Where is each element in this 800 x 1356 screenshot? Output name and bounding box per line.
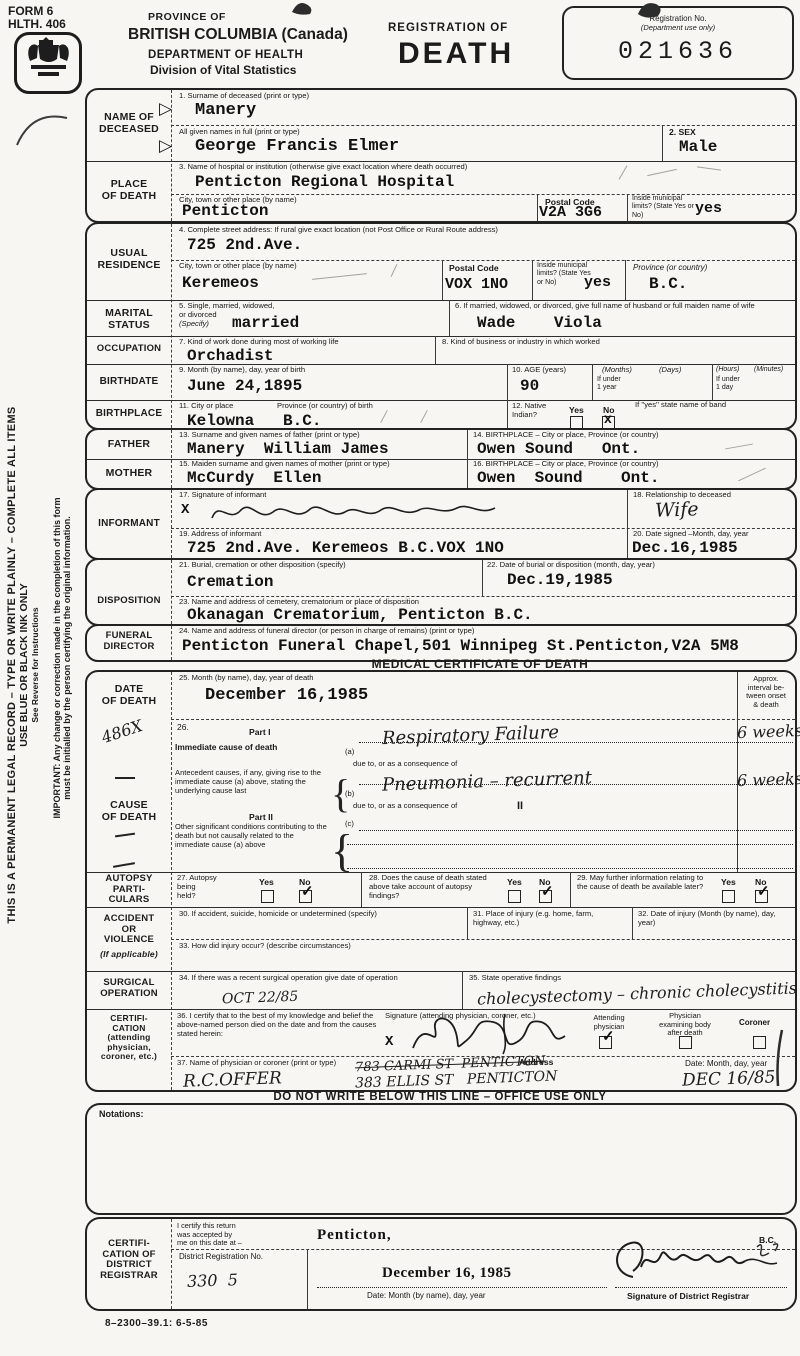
- province-block: PROVINCE OF BRITISH COLUMBIA (Canada) DE…: [128, 11, 348, 77]
- street-address-value: 725 2nd.Ave.: [187, 236, 302, 254]
- due-to-label-2: due to, or as a consequence of: [353, 802, 457, 811]
- side-label-accident-applicable: (If applicable): [87, 950, 171, 960]
- section-medical-certificate: DATE OF DEATH 486X CAUSE OF DEATH AUTOPS…: [85, 670, 797, 1092]
- side-label-line: DATE: [87, 684, 171, 696]
- residence-city-label: City, town or other place (by name): [179, 262, 297, 271]
- spouse-name-label: 6. If married, widowed, or divorced, giv…: [455, 302, 790, 311]
- section-parents: FATHER MOTHER 13. Surname and given name…: [85, 428, 797, 490]
- q28-no-check: ✓: [541, 882, 554, 900]
- roman-numeral-2: II: [517, 800, 523, 812]
- coroner-checkbox: [753, 1036, 766, 1049]
- municipal-limits-label: Inside municipal limits? (State Yes or N…: [632, 195, 694, 220]
- birthplace-city-label: 11. City or place: [179, 402, 233, 411]
- district-registration-no-label: District Registration No.: [179, 1252, 263, 1261]
- part2-label: Part II: [249, 812, 273, 822]
- cause-b-interval: 6 weeks: [737, 769, 800, 790]
- pencil-scribble: [380, 410, 387, 423]
- surname-label: 1. Surname of deceased (print or type): [179, 92, 309, 101]
- rule: [87, 1009, 795, 1010]
- department-label: DEPARTMENT OF HEALTH: [148, 49, 348, 61]
- ink-artifact: [290, 0, 316, 16]
- sidebar-line-1: THIS IS A PERMANENT LEGAL RECORD – TYPE …: [6, 340, 18, 990]
- age-label: 10. AGE (years): [512, 366, 566, 375]
- rule: [442, 260, 443, 300]
- scanned-death-certificate-page: { "header": { "form_line1": "FORM 6", "f…: [0, 0, 800, 1356]
- certification-date-value: DEC 16/85: [682, 1067, 776, 1090]
- section-residence-to-birthplace: USUAL RESIDENCE MARITAL STATUS OCCUPATIO…: [85, 222, 797, 430]
- mother-name-value: McCurdy Ellen: [187, 469, 321, 487]
- section-notations: Notations:: [85, 1103, 797, 1215]
- rule: [537, 194, 538, 221]
- side-label-place-of-death: PLACE OF DEATH: [87, 179, 171, 203]
- registration-number-box: Registration No. (Department use only) 0…: [562, 6, 794, 80]
- rule: [359, 742, 793, 743]
- side-label-funeral-director: FUNERAL DIRECTOR: [87, 631, 171, 652]
- rule: [507, 400, 508, 428]
- cause-a-interval: 6 weeks: [737, 721, 800, 742]
- father-name-label: 13. Surname and given names of father (p…: [179, 431, 360, 440]
- margin-dash: [115, 777, 135, 779]
- side-label-line: STATUS: [87, 320, 171, 332]
- mother-birthplace-value: Owen Sound Ont.: [477, 469, 659, 487]
- side-label-certification: CERTIFI- CATION (attending physician, co…: [87, 1014, 171, 1062]
- hours-label: (Hours): [716, 366, 739, 374]
- registrar-date-value: December 16, 1985: [382, 1265, 511, 1282]
- rule: [482, 560, 483, 596]
- important-line-1: IMPORTANT: Any change or correction made…: [52, 428, 62, 888]
- side-label-line: USUAL: [87, 248, 171, 260]
- side-label-informant: INFORMANT: [87, 518, 171, 529]
- side-label-mother: MOTHER: [87, 468, 171, 480]
- side-label-district-registrar: CERTIFI- CATION OF DISTRICT REGISTRAR: [87, 1239, 171, 1282]
- days-label: (Days): [659, 366, 681, 375]
- disposition-type-value: Cremation: [187, 573, 273, 591]
- residence-city-value: Keremeos: [182, 274, 259, 292]
- surgical-q35-label: 35. State operative findings: [469, 974, 561, 983]
- rule: [317, 1287, 607, 1288]
- pencil-scribble: [619, 165, 628, 179]
- surgical-q34-value: OCT 22/85: [222, 989, 299, 1008]
- registrar-signature-scribble: [607, 1233, 787, 1285]
- work-value: Orchadist: [187, 347, 273, 365]
- if-under-year-label: If under 1 year: [597, 376, 621, 393]
- side-label-line: RESIDENCE: [87, 260, 171, 272]
- autopsy-q27-label: 27. Autopsy being held?: [177, 874, 255, 901]
- side-label-occupation: OCCUPATION: [87, 344, 171, 355]
- disposition-type-label: 21. Burial, cremation or other dispositi…: [179, 561, 346, 570]
- funeral-director-label: 24. Name and address of funeral director…: [179, 627, 474, 636]
- registrar-signature-label: Signature of District Registrar: [627, 1291, 749, 1301]
- sidebar-permanent-record-note: THIS IS A PERMANENT LEGAL RECORD – TYPE …: [6, 340, 40, 990]
- side-label-line: OF DEATH: [87, 696, 171, 708]
- relationship-value: Wife: [655, 498, 699, 522]
- regno-label-1: Registration No.: [564, 14, 792, 23]
- pencil-scribble: [391, 264, 398, 277]
- side-label-marital-status: MARITAL STATUS: [87, 308, 171, 332]
- registration-title: DEATH: [398, 37, 514, 71]
- native-indian-label: 12. Native Indian?: [512, 402, 546, 420]
- cause-a-prefix: (a): [345, 748, 354, 757]
- disposition-place-value: Okanagan Crematorium, Penticton B.C.: [187, 606, 533, 624]
- registration-of-label: REGISTRATION OF: [388, 22, 508, 34]
- form-code: HLTH. 406: [8, 18, 66, 31]
- attending-physician-check: ✓: [602, 1027, 615, 1045]
- registration-number: 021636: [564, 37, 792, 66]
- section-informant: INFORMANT 17. Signature of informant X 1…: [85, 488, 797, 560]
- office-use-line: DO NOT WRITE BELOW THIS LINE – OFFICE US…: [160, 1091, 720, 1103]
- marital-status-value: married: [232, 314, 299, 332]
- birthplace-province-label: Province (or country) of birth: [277, 402, 373, 411]
- rule: [615, 1287, 787, 1288]
- rule: [307, 1249, 308, 1309]
- birthdate-label: 9. Month (by name), day, year of birth: [179, 366, 305, 375]
- funeral-director-value: Penticton Funeral Chapel,501 Winnipeg St…: [182, 637, 739, 655]
- crest-graphic: [21, 36, 76, 85]
- cause-b-value: Pneumonia – recurrent: [382, 767, 593, 795]
- q29-yes-label: Yes: [721, 877, 736, 887]
- side-label-father: FATHER: [87, 439, 171, 451]
- pencil-scribble: [312, 273, 367, 280]
- rule: [467, 907, 468, 939]
- rule: [627, 194, 628, 221]
- rule: [359, 784, 793, 785]
- side-label-birthdate: BIRTHDATE: [87, 376, 171, 387]
- months-label: (Months): [602, 366, 632, 375]
- street-address-label: 4. Complete street address: If rural giv…: [179, 226, 498, 235]
- q27-yes-checkbox: [261, 890, 274, 903]
- informant-address-label: 19. Address of informant: [179, 530, 261, 539]
- side-label-line: OPERATION: [87, 989, 171, 1000]
- ink-artifact: [634, 0, 664, 20]
- mother-birthplace-label: 16. BIRTHPLACE – City or place, Province…: [473, 460, 659, 469]
- informant-address-value: 725 2nd.Ave. Keremeos B.C.VOX 1NO: [187, 539, 504, 557]
- rule: [435, 336, 436, 364]
- date-of-death-value: December 16,1985: [205, 686, 368, 705]
- business-label: 8. Kind of business or industry in which…: [442, 338, 600, 347]
- physician-signature-scribble: [405, 1012, 575, 1056]
- part1-label: Part I: [249, 727, 271, 737]
- certify-q36-label: 36. I certify that to the best of my kno…: [177, 1012, 377, 1039]
- rule: [171, 939, 795, 940]
- residence-municipal-value: yes: [584, 274, 611, 291]
- accident-q33-label: 33. How did injury occur? (describe circ…: [179, 942, 351, 951]
- rule: [449, 300, 450, 336]
- rule: [347, 868, 793, 869]
- sidebar-line-2: USE BLUE OR BLACK INK ONLY: [18, 340, 30, 990]
- other-conditions-label: Other significant conditions contributin…: [175, 823, 330, 850]
- regno-label-2: (Department use only): [564, 23, 792, 32]
- physician-signature-x: X: [385, 1034, 393, 1050]
- surname-value: Manery: [195, 101, 256, 120]
- province-name: BRITISH COLUMBIA (Canada): [128, 26, 348, 44]
- date-signed-value: Dec.16,1985: [632, 539, 738, 557]
- surgical-q34-label: 34. If there was a recent surgical opera…: [179, 974, 419, 983]
- accident-q31-label: 31. Place of injury (e.g. home, farm, hi…: [473, 910, 613, 928]
- district-registration-no-value: 330 5: [187, 1270, 239, 1291]
- native-yes-label: Yes: [569, 405, 584, 415]
- native-no-mark: x: [604, 410, 612, 426]
- if-under-day-label: If under 1 day: [716, 376, 740, 393]
- side-label-line: PLACE: [87, 179, 171, 191]
- spouse-name-value: Wade Viola: [477, 314, 602, 332]
- rule: [467, 430, 468, 488]
- side-label-date-of-death: DATE OF DEATH: [87, 684, 171, 708]
- pencil-scribble: [647, 169, 677, 176]
- disposition-date-label: 22. Date of burial or disposition (month…: [487, 561, 655, 570]
- rule: [87, 971, 795, 972]
- q27-yes-label: Yes: [259, 877, 274, 887]
- form-id: FORM 6 HLTH. 406: [8, 5, 66, 31]
- rule: [625, 260, 626, 300]
- rule: [712, 364, 713, 400]
- q28-yes-checkbox: [508, 890, 521, 903]
- side-label-line: OF DEATH: [87, 191, 171, 203]
- important-line-2: must be initialled by the person certify…: [62, 428, 72, 888]
- side-label-line: OF DEATH: [87, 812, 171, 824]
- city-value: Penticton: [182, 202, 268, 220]
- side-label-surgical: SURGICAL OPERATION: [87, 978, 171, 999]
- sidebar-important-note: IMPORTANT: Any change or correction made…: [52, 428, 72, 888]
- rule: [532, 260, 533, 300]
- physician-name-label: 37. Name of physician or coroner (print …: [177, 1059, 336, 1068]
- rule: [507, 364, 508, 400]
- institution-label: 3. Name of hospital or institution (othe…: [179, 163, 467, 172]
- brace-glyph: {: [331, 824, 353, 877]
- work-label: 7. Kind of work done during most of work…: [179, 338, 339, 347]
- side-label-cause-of-death: CAUSE OF DEATH: [87, 800, 171, 824]
- rule: [462, 971, 463, 1009]
- age-value: 90: [520, 377, 539, 395]
- signature-x-mark: X: [181, 502, 189, 518]
- sex-value: Male: [679, 138, 717, 156]
- cause-number: 26.: [177, 722, 189, 732]
- q29-no-check: ✓: [757, 882, 770, 900]
- side-label-accident: ACCIDENT OR VIOLENCE: [87, 914, 171, 946]
- pencil-scribble: [697, 166, 721, 170]
- rule: [171, 125, 795, 126]
- side-label-usual-residence: USUAL RESIDENCE: [87, 248, 171, 272]
- coroner-label: Coroner: [739, 1018, 770, 1027]
- rule: [627, 490, 628, 558]
- interval-column-header: Approx. interval be- tween onset & death: [740, 675, 792, 710]
- autopsy-q28-label: 28. Does the cause of death stated above…: [369, 874, 499, 901]
- antecedent-label: Antecedent causes, if any, giving rise t…: [175, 769, 327, 796]
- section-name-and-place-of-death: NAME OF DECEASED PLACE OF DEATH 1. Surna…: [85, 88, 797, 223]
- rule: [359, 830, 793, 831]
- rule: [361, 872, 362, 907]
- rule: [87, 907, 795, 908]
- section-disposition: DISPOSITION 21. Burial, cremation or oth…: [85, 558, 797, 626]
- father-birthplace-value: Owen Sound Ont.: [477, 440, 640, 458]
- side-label-line: DIRECTOR: [87, 642, 171, 653]
- pointer-mark: ▷: [159, 99, 172, 119]
- rule: [347, 844, 793, 845]
- accident-q32-label: 32. Date of injury (Month (by name), day…: [638, 910, 788, 928]
- sex-label: 2. SEX: [669, 127, 696, 137]
- coat-of-arms-logo: [14, 32, 82, 94]
- birthdate-value: June 24,1895: [187, 377, 302, 395]
- date-signed-label: 20. Date signed –Month, day, year: [633, 530, 749, 539]
- rule: [662, 125, 663, 161]
- province-of-label: PROVINCE OF: [148, 11, 348, 23]
- notations-label: Notations:: [99, 1109, 144, 1119]
- registrar-date-label: Date: Month (by name), day, year: [367, 1291, 486, 1300]
- physician-name-value: R.C.OFFER: [183, 1068, 282, 1091]
- rule: [171, 719, 795, 720]
- examining-physician-label: Physician examining body after death: [645, 1012, 725, 1038]
- father-birthplace-label: 14. BIRTHPLACE – City or place, Province…: [473, 431, 659, 440]
- q28-yes-label: Yes: [507, 877, 522, 887]
- pencil-scribble: [420, 410, 427, 423]
- pointer-mark: ▷: [159, 136, 172, 156]
- side-label-column: [87, 560, 172, 624]
- side-label-autopsy: AUTOPSY PARTI- CULARS: [87, 874, 171, 906]
- side-label-line: MARITAL: [87, 308, 171, 320]
- rule: [592, 364, 593, 400]
- ink-artifact: [12, 100, 72, 150]
- side-label-disposition: DISPOSITION: [87, 596, 171, 607]
- residence-postal-value: VOX 1NO: [445, 276, 508, 293]
- due-to-label-1: due to, or as a consequence of: [353, 760, 457, 769]
- institution-value: Penticton Regional Hospital: [195, 173, 454, 191]
- minutes-label: (Minutes): [754, 366, 783, 374]
- municipal-limits-value: yes: [695, 200, 722, 217]
- cause-a-value: Respiratory Failure: [382, 722, 560, 749]
- band-name-label: If ''yes'' state name of band: [635, 401, 726, 410]
- disposition-date-value: Dec.19,1985: [507, 571, 613, 589]
- given-names-value: George Francis Elmer: [195, 137, 399, 156]
- rule: [570, 872, 571, 907]
- informant-signature-scribble: [207, 498, 517, 526]
- side-label-birthplace: BIRTHPLACE: [87, 408, 171, 419]
- given-names-label: All given names in full (print or type): [179, 128, 300, 137]
- residence-province-label: Province (or country): [633, 263, 707, 272]
- postal-code-value: V2A 3G6: [539, 204, 602, 221]
- pencil-scribble: [738, 468, 766, 482]
- residence-province-value: B.C.: [649, 275, 687, 293]
- side-label-line: CAUSE: [87, 800, 171, 812]
- immediate-cause-label: Immediate cause of death: [175, 743, 325, 753]
- medical-certificate-title: MEDICAL CERTIFICATE OF DEATH: [240, 657, 720, 671]
- accepted-label: I certify this return was accepted by me…: [177, 1222, 267, 1248]
- residence-postal-label: Postal Code: [449, 263, 499, 273]
- side-label-line: DECEASED: [87, 124, 171, 136]
- mother-name-label: 15. Maiden surname and given names of mo…: [179, 460, 390, 469]
- accident-q30-label: 30. If accident, suicide, homicide or un…: [179, 910, 439, 919]
- rule: [632, 907, 633, 939]
- cause-b-prefix: (b): [345, 790, 354, 799]
- date-of-death-label: 25. Month (by name), day, year of death: [179, 674, 314, 683]
- sidebar-line-3: See Reverse for Instructions: [30, 340, 40, 990]
- father-name-value: Manery William James: [187, 440, 389, 458]
- acceptance-place-value: Penticton,: [317, 1227, 392, 1244]
- q29-yes-checkbox: [722, 890, 735, 903]
- pencil-scribble: [725, 444, 753, 450]
- autopsy-q29-label: 29. May further information relating to …: [577, 874, 712, 892]
- form-footer-code: 8–2300–39.1: 6-5-85: [105, 1318, 208, 1329]
- examining-physician-checkbox: [679, 1036, 692, 1049]
- section-district-registrar: CERTIFI- CATION OF DISTRICT REGISTRAR I …: [85, 1217, 797, 1311]
- q27-no-check: ✓: [301, 882, 314, 900]
- division-label: Division of Vital Statistics: [150, 63, 348, 77]
